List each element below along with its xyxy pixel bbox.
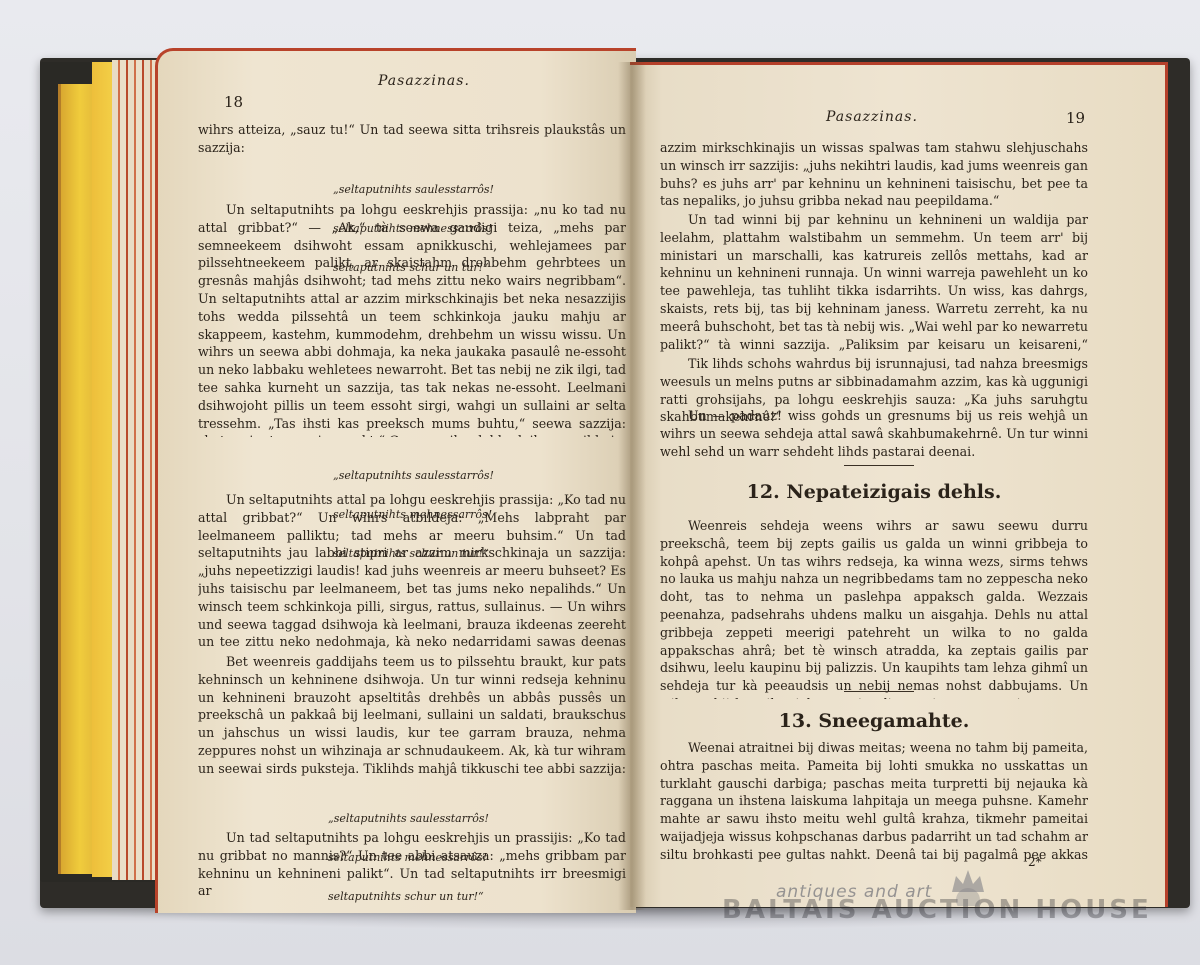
page-number-left: 18: [224, 93, 243, 111]
verse-line: „seltaputnihts saulesstarrôs!: [333, 469, 494, 482]
stacked-page-edges: [112, 60, 160, 880]
page-number-right: 19: [1066, 109, 1085, 127]
verse-line: „seltaputnihts saulesstarrôs!: [333, 183, 494, 196]
right-paragraph-4: Un — padauz! wiss gohds un gresnums bij …: [660, 407, 1088, 461]
running-head-left: Pasazzinas.: [378, 73, 470, 89]
right-page: Pasazzinas. 19 azzim mirkschkinajis un w…: [630, 62, 1168, 907]
left-paragraph-4: Un tad seltaputnihts pa lohgu eeskrehjis…: [198, 829, 626, 901]
chapter-13-title: 13. Sneegamahte.: [660, 710, 1088, 732]
running-head-right: Pasazzinas.: [826, 109, 918, 125]
left-paragraph-1: Un seltaputnihts pa lohgu eeskrehjis pra…: [198, 201, 626, 437]
left-paragraph-2: Un seltaputnihts attal pa lohgu eeskrehj…: [198, 491, 626, 653]
right-paragraph-2: Un tad winni bij par kehninu un kehninen…: [660, 211, 1088, 355]
left-opening-line: wihrs atteiza, „sauz tu!“ Un tad seewa s…: [198, 121, 626, 157]
verse-line: „seltaputnihts saulesstarrôs!: [328, 812, 489, 825]
watermark-brand: BALTAIS AUCTION HOUSE: [722, 895, 1152, 925]
section-divider-rule: [844, 465, 914, 466]
chapter-12-title: 12. Nepateizigais dehls.: [660, 481, 1088, 503]
section-divider-rule: [844, 691, 914, 692]
chapter-12-text: Weenreis sehdeja weens wihrs ar sawu see…: [660, 517, 1088, 699]
signature-mark: 2*: [1028, 855, 1042, 869]
left-paragraph-3: Bet weenreis gaddijahs teem us to pilsse…: [198, 653, 626, 779]
book-gutter-shadow: [618, 62, 646, 910]
chapter-13-text: Weenai atraitnei bij diwas meitas; weena…: [660, 739, 1088, 867]
right-paragraph-1: azzim mirkschkinajis un wissas spalwas t…: [660, 139, 1088, 211]
crown-icon: [948, 866, 988, 906]
left-page: 18 Pasazzinas. wihrs atteiza, „sauz tu!“…: [155, 48, 636, 913]
